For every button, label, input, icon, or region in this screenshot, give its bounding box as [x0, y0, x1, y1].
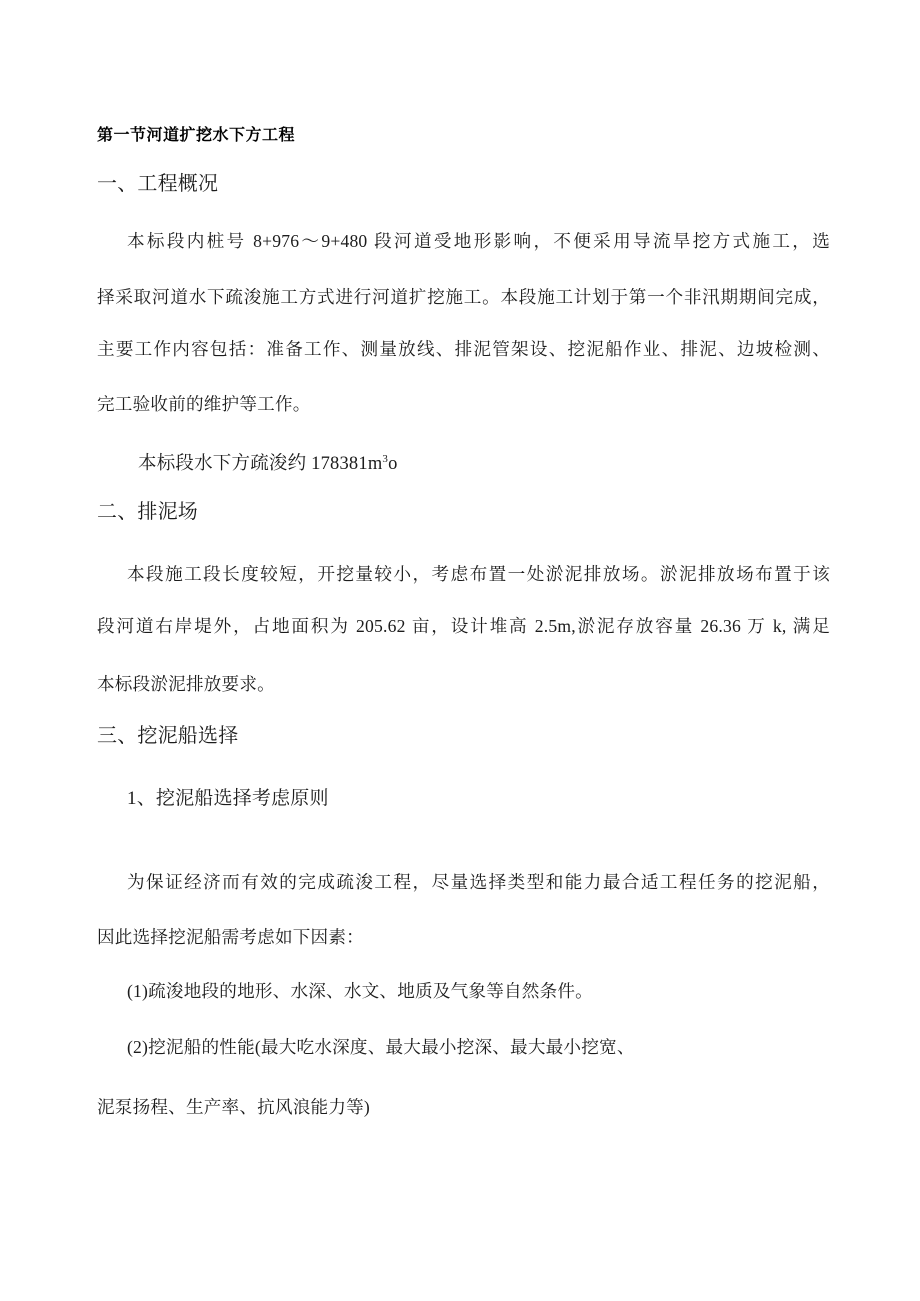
paragraph-line: 择采取河道水下疏浚施工方式进行河道扩挖施工。本段施工计划于第一个非汛期期间完成，	[97, 284, 830, 310]
paragraph-line: 完工验收前的维护等工作。	[97, 391, 830, 417]
volume-text: 本标段水下方疏浚约 178381m	[138, 454, 382, 474]
paragraph-line: 段河道右岸堤外，占地面积为 205.62 亩，设计堆高 2.5m,淤泥存放容量 …	[97, 613, 830, 639]
factor-item-line: (2)挖泥船的性能(最大吃水深度、最大最小挖深、最大最小挖宽、	[97, 1034, 830, 1060]
paragraph-line: 本标段淤泥排放要求。	[97, 671, 830, 697]
dredge-volume-line: 本标段水下方疏浚约 178381m3o	[97, 446, 830, 477]
section-heading-dredger: 三、挖泥船选择	[97, 723, 830, 749]
paragraph-line: 本标段内桩号 8+976～9+480 段河道受地形影响，不便采用导流旱挖方式施工…	[97, 228, 830, 254]
sub-heading-dredger-principles: 1、挖泥船选择考虑原则	[97, 786, 830, 812]
section-heading-spoil-area: 二、排泥场	[97, 499, 830, 525]
paragraph-line: 本段施工段长度较短，开挖量较小，考虑布置一处淤泥排放场。淤泥排放场布置于该	[97, 561, 830, 587]
paragraph-line: 主要工作内容包括：准备工作、测量放线、排泥管架设、挖泥船作业、排泥、边坡检测、	[97, 336, 830, 362]
paragraph-line: 因此选择挖泥船需考虑如下因素：	[97, 924, 830, 950]
factor-item-line: (1)疏浚地段的地形、水深、水文、地质及气象等自然条件。	[97, 978, 830, 1004]
chapter-heading: 第一节河道扩挖水下方工程	[97, 123, 830, 149]
document-page: 第一节河道扩挖水下方工程 一、工程概况 本标段内桩号 8+976～9+480 段…	[0, 0, 920, 1301]
volume-text-tail: o	[388, 454, 397, 474]
section-heading-overview: 一、工程概况	[97, 171, 830, 197]
factor-item-line: 泥泵扬程、生产率、抗风浪能力等)	[97, 1094, 830, 1120]
paragraph-line: 为保证经济而有效的完成疏浚工程，尽量选择类型和能力最合适工程任务的挖泥船，	[97, 869, 830, 895]
